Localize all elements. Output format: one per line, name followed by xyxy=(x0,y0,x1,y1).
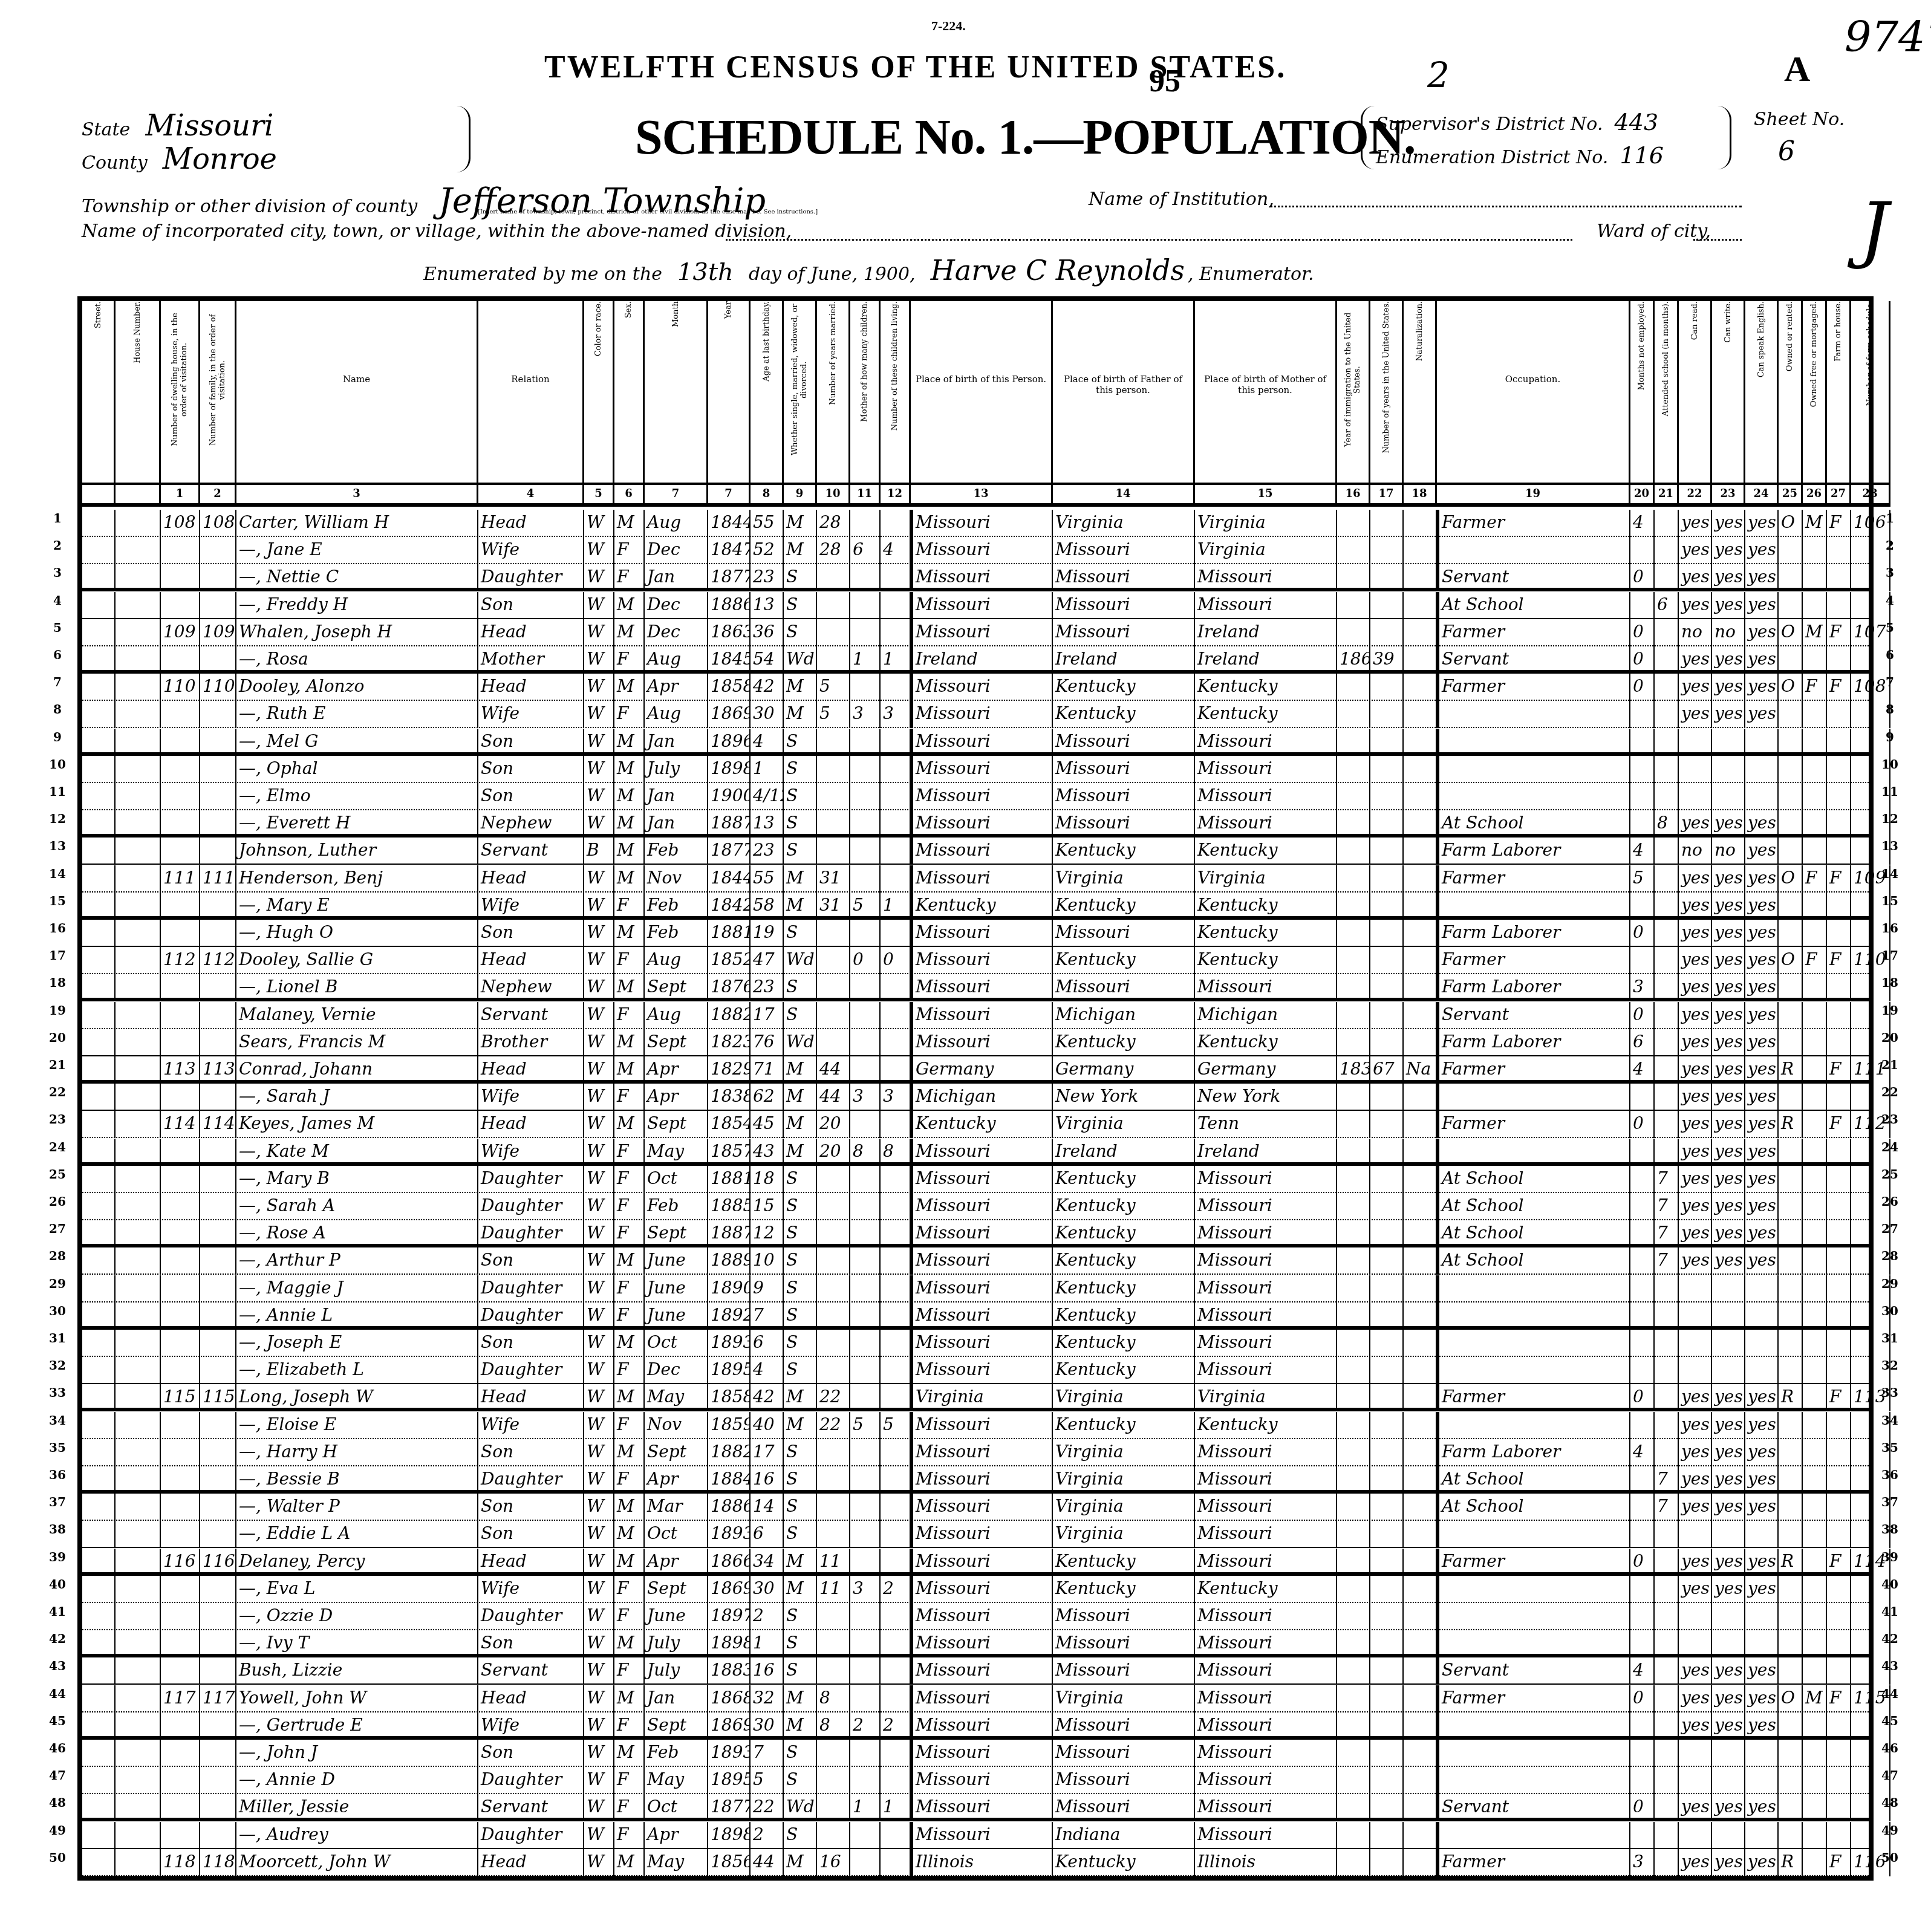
cell-sex: F xyxy=(614,1822,645,1849)
line-number: 3 xyxy=(1878,565,1902,580)
cell-dwelling: 114 xyxy=(161,1111,200,1138)
cell-owned xyxy=(1779,1139,1803,1166)
cell-race: W xyxy=(584,1247,614,1275)
cell-birth: Missouri xyxy=(911,1521,1053,1548)
cell-name: —, Arthur P xyxy=(236,1247,478,1275)
cell-mortgage: F xyxy=(1803,865,1827,893)
cell-street xyxy=(82,1357,116,1384)
cell-read xyxy=(1679,1822,1712,1849)
cell-name: Bush, Lizzie xyxy=(236,1657,478,1685)
column-header-18: Naturalization. xyxy=(1404,301,1437,483)
cell-marital: S xyxy=(784,920,817,947)
cell-marital: M xyxy=(784,1685,817,1712)
cell-unemployed: 4 xyxy=(1630,510,1655,537)
cell-read: yes xyxy=(1679,646,1712,674)
column-header-19: Occupation. xyxy=(1437,301,1630,483)
cell-school xyxy=(1655,674,1679,701)
cell-father_birth: Missouri xyxy=(1053,564,1195,591)
line-number: 12 xyxy=(1878,812,1902,826)
cell-owned xyxy=(1779,729,1803,756)
cell-mother_birth: Missouri xyxy=(1195,592,1337,619)
column-header-5: Color or race. xyxy=(584,301,614,483)
cell-immig xyxy=(1337,1193,1370,1220)
cell-month: Apr xyxy=(645,1822,708,1849)
cell-mortgage: F xyxy=(1803,674,1827,701)
cell-year: 1845 xyxy=(708,646,751,674)
cell-relation: Head xyxy=(478,1849,584,1876)
cell-sex: M xyxy=(614,1740,645,1767)
cell-write: yes xyxy=(1712,537,1745,564)
cell-month: May xyxy=(645,1139,708,1166)
cell-race: W xyxy=(584,729,614,756)
cell-relation: Nephew xyxy=(478,810,584,838)
cell-name: Miller, Jessie xyxy=(236,1794,478,1821)
supervisor-value: 443 xyxy=(1615,109,1659,135)
cell-yrs_married xyxy=(817,1603,850,1630)
cell-mother_of xyxy=(850,1521,881,1548)
column-header-6: Sex. xyxy=(614,301,645,483)
cell-name: Yowell, John W xyxy=(236,1685,478,1712)
cell-school xyxy=(1655,1549,1679,1576)
cell-mortgage xyxy=(1803,1549,1827,1576)
cell-relation: Daughter xyxy=(478,1767,584,1794)
cell-natz xyxy=(1404,1521,1437,1548)
cell-relation: Head xyxy=(478,1549,584,1576)
cell-month: Apr xyxy=(645,1466,708,1494)
column-number: 5 xyxy=(584,483,614,507)
cell-unemployed xyxy=(1630,1412,1655,1439)
cell-unemployed xyxy=(1630,1630,1655,1657)
cell-race: W xyxy=(584,1084,614,1111)
cell-unemployed xyxy=(1630,1220,1655,1247)
cell-father_birth: Missouri xyxy=(1053,1767,1195,1794)
cell-occupation xyxy=(1437,1303,1630,1330)
line-number: 32 xyxy=(45,1358,70,1373)
cell-marital: Wd xyxy=(784,646,817,674)
cell-farm xyxy=(1827,1740,1851,1767)
cell-yrs_us xyxy=(1370,1494,1404,1521)
cell-race: W xyxy=(584,1412,614,1439)
cell-mortgage xyxy=(1803,1247,1827,1275)
cell-relation: Mother xyxy=(478,646,584,674)
cell-race: W xyxy=(584,1822,614,1849)
cell-unemployed xyxy=(1630,1139,1655,1166)
column-label: Number of family, in the order of visita… xyxy=(209,301,227,483)
cell-mother_of xyxy=(850,592,881,619)
brace-left xyxy=(1361,106,1375,169)
cell-living xyxy=(881,1002,911,1029)
cell-mortgage xyxy=(1803,1384,1827,1411)
cell-yrs_married xyxy=(817,1303,850,1330)
cell-yrs_married xyxy=(817,619,850,646)
cell-year: 1892 xyxy=(708,1303,751,1330)
cell-english: yes xyxy=(1745,1384,1779,1411)
cell-school xyxy=(1655,729,1679,756)
cell-street xyxy=(82,701,116,728)
cell-school xyxy=(1655,920,1679,947)
line-number: 6 xyxy=(1878,648,1902,662)
cell-month: Aug xyxy=(645,701,708,728)
cell-yrs_married xyxy=(817,1193,850,1220)
cell-mother_of xyxy=(850,510,881,537)
cell-dwelling xyxy=(161,1740,200,1767)
cell-father_birth: Missouri xyxy=(1053,592,1195,619)
cell-name: —, Sarah J xyxy=(236,1084,478,1111)
cell-birth: Missouri xyxy=(911,756,1053,783)
column-number: 25 xyxy=(1779,483,1803,507)
line-number: 45 xyxy=(1878,1714,1902,1728)
cell-family xyxy=(200,974,236,1001)
cell-house xyxy=(116,1822,161,1849)
cell-mother_birth: Illinois xyxy=(1195,1849,1337,1876)
cell-race: W xyxy=(584,1685,614,1712)
cell-occupation xyxy=(1437,1139,1630,1166)
cell-natz xyxy=(1404,619,1437,646)
cell-father_birth: Missouri xyxy=(1053,537,1195,564)
column-number: 23 xyxy=(1712,483,1745,507)
cell-mother_of xyxy=(850,729,881,756)
cell-name: —, Audrey xyxy=(236,1822,478,1849)
enumerator-label: , Enumerator. xyxy=(1188,264,1314,285)
line-number: 17 xyxy=(45,948,70,963)
cell-mother_of: 3 xyxy=(850,1576,881,1603)
column-header-1: Number of dwelling house, in the order o… xyxy=(161,301,200,483)
cell-read: yes xyxy=(1679,1193,1712,1220)
cell-mother_of xyxy=(850,1603,881,1630)
cell-immig xyxy=(1337,1384,1370,1411)
cell-street xyxy=(82,1029,116,1056)
cell-yrs_us xyxy=(1370,1439,1404,1466)
column-label: Can write. xyxy=(1724,301,1733,367)
cell-natz xyxy=(1404,1111,1437,1138)
cell-farm: F xyxy=(1827,1056,1851,1084)
cell-mother_of xyxy=(850,1056,881,1084)
cell-house xyxy=(116,537,161,564)
cell-dwelling: 111 xyxy=(161,865,200,893)
cell-mother_birth: Ireland xyxy=(1195,619,1337,646)
cell-race: W xyxy=(584,592,614,619)
cell-street xyxy=(82,537,116,564)
cell-age: 17 xyxy=(751,1439,784,1466)
column-header-13: Place of birth of this Person. xyxy=(911,301,1053,483)
cell-living xyxy=(881,1630,911,1657)
cell-natz xyxy=(1404,838,1437,865)
cell-mortgage xyxy=(1803,1630,1827,1657)
cell-owned xyxy=(1779,1220,1803,1247)
cell-occupation xyxy=(1437,756,1630,783)
cell-family: 110 xyxy=(200,674,236,701)
line-number: 3 xyxy=(45,565,70,580)
cell-age: 16 xyxy=(751,1466,784,1494)
cell-dwelling xyxy=(161,701,200,728)
cell-mother_birth: Kentucky xyxy=(1195,1412,1337,1439)
cell-marital: M xyxy=(784,1849,817,1876)
cell-father_birth: Kentucky xyxy=(1053,1303,1195,1330)
cell-race: B xyxy=(584,838,614,865)
cell-mother_birth: Missouri xyxy=(1195,974,1337,1001)
cell-immig xyxy=(1337,1166,1370,1193)
cell-read xyxy=(1679,1303,1712,1330)
cell-english: yes xyxy=(1745,810,1779,838)
cell-street xyxy=(82,1466,116,1494)
line-number: 22 xyxy=(1878,1085,1902,1099)
cell-family xyxy=(200,1357,236,1384)
table-row: —, Lionel BNephewWMSept187623SMissouriMi… xyxy=(82,974,1869,1001)
line-number: 44 xyxy=(45,1686,70,1701)
cell-marital: S xyxy=(784,810,817,838)
cell-age: 62 xyxy=(751,1084,784,1111)
cell-birth: Missouri xyxy=(911,920,1053,947)
cell-living xyxy=(881,619,911,646)
handwritten-corner-number: 9747 xyxy=(1845,12,1931,62)
cell-father_birth: Michigan xyxy=(1053,1002,1195,1029)
cell-unemployed: 0 xyxy=(1630,1549,1655,1576)
cell-yrs_us xyxy=(1370,537,1404,564)
cell-street xyxy=(82,1712,116,1740)
cell-owned xyxy=(1779,756,1803,783)
cell-mother_birth: Kentucky xyxy=(1195,893,1337,920)
cell-write: yes xyxy=(1712,1412,1745,1439)
cell-yrs_married xyxy=(817,1275,850,1303)
line-number: 10 xyxy=(45,757,70,772)
cell-mother_of: 1 xyxy=(850,1794,881,1821)
cell-year: 1844 xyxy=(708,865,751,893)
cell-house xyxy=(116,1139,161,1166)
cell-house xyxy=(116,1220,161,1247)
cell-name: —, Mary E xyxy=(236,893,478,920)
cell-occupation xyxy=(1437,893,1630,920)
cell-dwelling xyxy=(161,1139,200,1166)
line-number: 2 xyxy=(45,538,70,553)
cell-birth: Missouri xyxy=(911,1494,1053,1521)
cell-write: yes xyxy=(1712,1794,1745,1821)
cell-mother_birth: Kentucky xyxy=(1195,920,1337,947)
cell-year: 1890 xyxy=(708,1275,751,1303)
cell-immig xyxy=(1337,1849,1370,1876)
cell-immig xyxy=(1337,838,1370,865)
cell-yrs_us xyxy=(1370,592,1404,619)
cell-dwelling xyxy=(161,1603,200,1630)
cell-house xyxy=(116,564,161,591)
cell-english: yes xyxy=(1745,893,1779,920)
cell-mother_birth: Missouri xyxy=(1195,1166,1337,1193)
line-number: 47 xyxy=(1878,1768,1902,1783)
column-header-14: Place of birth of Father of this person. xyxy=(1053,301,1195,483)
cell-school: 7 xyxy=(1655,1247,1679,1275)
cell-farm: F xyxy=(1827,619,1851,646)
cell-month: Dec xyxy=(645,1357,708,1384)
cell-age: 1 xyxy=(751,756,784,783)
cell-family xyxy=(200,1139,236,1166)
cell-yrs_us xyxy=(1370,810,1404,838)
cell-english xyxy=(1745,729,1779,756)
cell-mother_of: 2 xyxy=(850,1712,881,1740)
cell-living: 5 xyxy=(881,1412,911,1439)
line-number: 21 xyxy=(45,1058,70,1072)
cell-english: yes xyxy=(1745,1247,1779,1275)
cell-mother_birth: Kentucky xyxy=(1195,1029,1337,1056)
cell-immig xyxy=(1337,1767,1370,1794)
cell-marital: M xyxy=(784,1056,817,1084)
cell-dwelling xyxy=(161,810,200,838)
cell-mortgage xyxy=(1803,646,1827,674)
supervisor-label: Supervisor's District No. xyxy=(1376,114,1603,135)
cell-age: 32 xyxy=(751,1685,784,1712)
cell-marital: S xyxy=(784,619,817,646)
cell-occupation: Farmer xyxy=(1437,1384,1630,1411)
cell-name: —, Eva L xyxy=(236,1576,478,1603)
cell-owned xyxy=(1779,838,1803,865)
cell-street xyxy=(82,564,116,591)
cell-marital: S xyxy=(784,1002,817,1029)
cell-year: 1887 xyxy=(708,1220,751,1247)
cell-name: Long, Joseph W xyxy=(236,1384,478,1411)
cell-month: Sept xyxy=(645,1111,708,1138)
cell-unemployed: 0 xyxy=(1630,1384,1655,1411)
cell-birth: Missouri xyxy=(911,1712,1053,1740)
cell-farm xyxy=(1827,756,1851,783)
cell-race: W xyxy=(584,1193,614,1220)
cell-read: yes xyxy=(1679,1576,1712,1603)
cell-father_birth: Virginia xyxy=(1053,1466,1195,1494)
table-row: —, RosaMotherWFAug184554Wd11IrelandIrela… xyxy=(82,646,1869,674)
cell-immig xyxy=(1337,674,1370,701)
cell-age: 2 xyxy=(751,1822,784,1849)
cell-unemployed: 0 xyxy=(1630,564,1655,591)
cell-natz xyxy=(1404,1084,1437,1111)
cell-mortgage xyxy=(1803,1439,1827,1466)
cell-month: Dec xyxy=(645,537,708,564)
cell-school xyxy=(1655,1084,1679,1111)
cell-street xyxy=(82,783,116,810)
cell-marital: M xyxy=(784,701,817,728)
table-row: —, Ozzie DDaughterWFJune18972SMissouriMi… xyxy=(82,1603,1869,1630)
cell-name: —, Gertrude E xyxy=(236,1712,478,1740)
line-number: 50 xyxy=(1878,1850,1902,1865)
cell-relation: Head xyxy=(478,1685,584,1712)
line-number: 34 xyxy=(1878,1413,1902,1428)
cell-natz xyxy=(1404,1220,1437,1247)
city-label: Name of incorporated city, town, or vill… xyxy=(82,221,792,242)
cell-street xyxy=(82,1330,116,1357)
cell-natz xyxy=(1404,729,1437,756)
line-number: 11 xyxy=(45,784,70,799)
cell-house xyxy=(116,1330,161,1357)
cell-owned: R xyxy=(1779,1056,1803,1084)
cell-school xyxy=(1655,1384,1679,1411)
cell-race: W xyxy=(584,646,614,674)
cell-mother_birth: Missouri xyxy=(1195,564,1337,591)
cell-read: yes xyxy=(1679,1849,1712,1876)
cell-sex: F xyxy=(614,1303,645,1330)
cell-marital: M xyxy=(784,893,817,920)
cell-write: no xyxy=(1712,619,1745,646)
cell-dwelling xyxy=(161,1412,200,1439)
cell-unemployed xyxy=(1630,537,1655,564)
cell-yrs_us xyxy=(1370,865,1404,893)
cell-yrs_us xyxy=(1370,893,1404,920)
cell-family: 109 xyxy=(200,619,236,646)
cell-month: Aug xyxy=(645,947,708,974)
cell-immig xyxy=(1337,1521,1370,1548)
cell-farm xyxy=(1827,810,1851,838)
cell-house xyxy=(116,756,161,783)
district-block: Supervisor's District No. 443 Enumeratio… xyxy=(1361,106,1736,172)
cell-write: yes xyxy=(1712,592,1745,619)
cell-age: 23 xyxy=(751,838,784,865)
cell-school xyxy=(1655,865,1679,893)
cell-living: 1 xyxy=(881,893,911,920)
cell-father_birth: Kentucky xyxy=(1053,838,1195,865)
line-number: 21 xyxy=(1878,1058,1902,1072)
cell-immig xyxy=(1337,619,1370,646)
cell-occupation: Farm Laborer xyxy=(1437,838,1630,865)
cell-english: yes xyxy=(1745,1657,1779,1685)
cell-family xyxy=(200,1275,236,1303)
cell-english xyxy=(1745,1822,1779,1849)
line-number: 43 xyxy=(45,1659,70,1673)
cell-occupation xyxy=(1437,729,1630,756)
cell-living xyxy=(881,674,911,701)
cell-birth: Missouri xyxy=(911,1357,1053,1384)
institution-label: Name of Institution, xyxy=(1089,189,1274,210)
cell-english xyxy=(1745,1521,1779,1548)
cell-read: yes xyxy=(1679,537,1712,564)
cell-english xyxy=(1745,1330,1779,1357)
cell-dwelling xyxy=(161,783,200,810)
cell-marital: M xyxy=(784,1549,817,1576)
line-number: 42 xyxy=(1878,1631,1902,1646)
cell-family: 113 xyxy=(200,1056,236,1084)
cell-sex: F xyxy=(614,1084,645,1111)
cell-mother_birth: Missouri xyxy=(1195,1193,1337,1220)
cell-house xyxy=(116,1193,161,1220)
cell-natz xyxy=(1404,865,1437,893)
cell-write xyxy=(1712,1740,1745,1767)
cell-marital: S xyxy=(784,1603,817,1630)
cell-farm: F xyxy=(1827,674,1851,701)
cell-mother_birth: Missouri xyxy=(1195,1740,1337,1767)
cell-relation: Servant xyxy=(478,1002,584,1029)
cell-mortgage xyxy=(1803,1220,1827,1247)
cell-family xyxy=(200,1576,236,1603)
cell-mother_of xyxy=(850,1657,881,1685)
cell-sex: F xyxy=(614,1139,645,1166)
cell-birth: Missouri xyxy=(911,1822,1053,1849)
cell-mother_of xyxy=(850,783,881,810)
cell-street xyxy=(82,1111,116,1138)
cell-father_birth: Kentucky xyxy=(1053,893,1195,920)
cell-sex: M xyxy=(614,1439,645,1466)
cell-relation: Daughter xyxy=(478,1220,584,1247)
cell-mother_of xyxy=(850,1166,881,1193)
cell-living xyxy=(881,920,911,947)
cell-house xyxy=(116,1275,161,1303)
cell-dwelling xyxy=(161,1084,200,1111)
cell-mother_of xyxy=(850,865,881,893)
cell-name: —, Eddie L A xyxy=(236,1521,478,1548)
cell-age: 4 xyxy=(751,729,784,756)
cell-name: —, Hugh O xyxy=(236,920,478,947)
cell-yrs_married xyxy=(817,756,850,783)
cell-race: W xyxy=(584,1494,614,1521)
cell-owned xyxy=(1779,1193,1803,1220)
cell-sex: F xyxy=(614,947,645,974)
cell-mother_birth: Missouri xyxy=(1195,1357,1337,1384)
cell-relation: Son xyxy=(478,1740,584,1767)
cell-mother_birth: Virginia xyxy=(1195,537,1337,564)
cell-occupation xyxy=(1437,783,1630,810)
